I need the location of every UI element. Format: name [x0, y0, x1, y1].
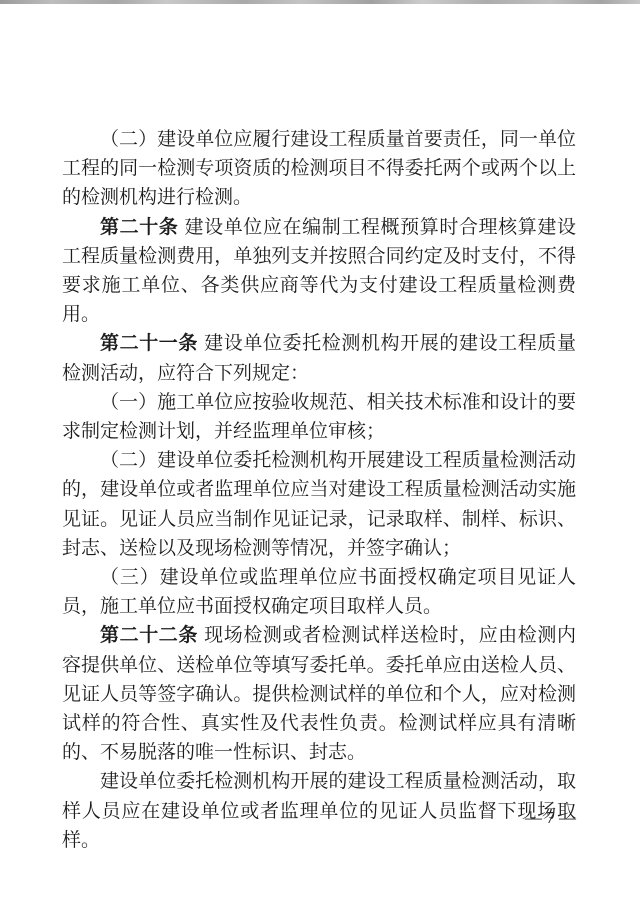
paragraph: （一）施工单位应按验收规范、相关技术标准和设计的要求制定检测计划，并经监理单位审…: [62, 388, 576, 446]
paragraph: （二）建设单位应履行建设工程质量首要责任，同一单位工程的同一检测专项资质的检测项…: [62, 125, 576, 213]
scanned-document-page: { "page": { "background_color": "#ffffff…: [0, 0, 640, 905]
paragraph: 第二十条建设单位应在编制工程概预算时合理核算建设工程质量检测费用，单独列支并按照…: [62, 213, 576, 330]
paragraph: 第二十一条建设单位委托检测机构开展的建设工程质量检测活动，应符合下列规定：: [62, 329, 576, 387]
paragraph: （二）建设单位委托检测机构开展建设工程质量检测活动的，建设单位或者监理单位应当对…: [62, 446, 576, 563]
article-number: 第二十二条: [100, 625, 204, 646]
paragraph: 第二十二条现场检测或者检测试样送检时，应由检测内容提供单位、送检单位等填写委托单…: [62, 621, 576, 767]
scan-artifact-line: [0, 0, 640, 4]
document-body: （二）建设单位应履行建设工程质量首要责任，同一单位工程的同一检测专项资质的检测项…: [62, 125, 576, 855]
page-number: — 7 —: [0, 808, 576, 828]
paragraph: （三）建设单位或监理单位应书面授权确定项目见证人员，施工单位应书面授权确定项目取…: [62, 563, 576, 621]
article-number: 第二十一条: [100, 333, 204, 354]
article-number: 第二十条: [100, 217, 185, 238]
